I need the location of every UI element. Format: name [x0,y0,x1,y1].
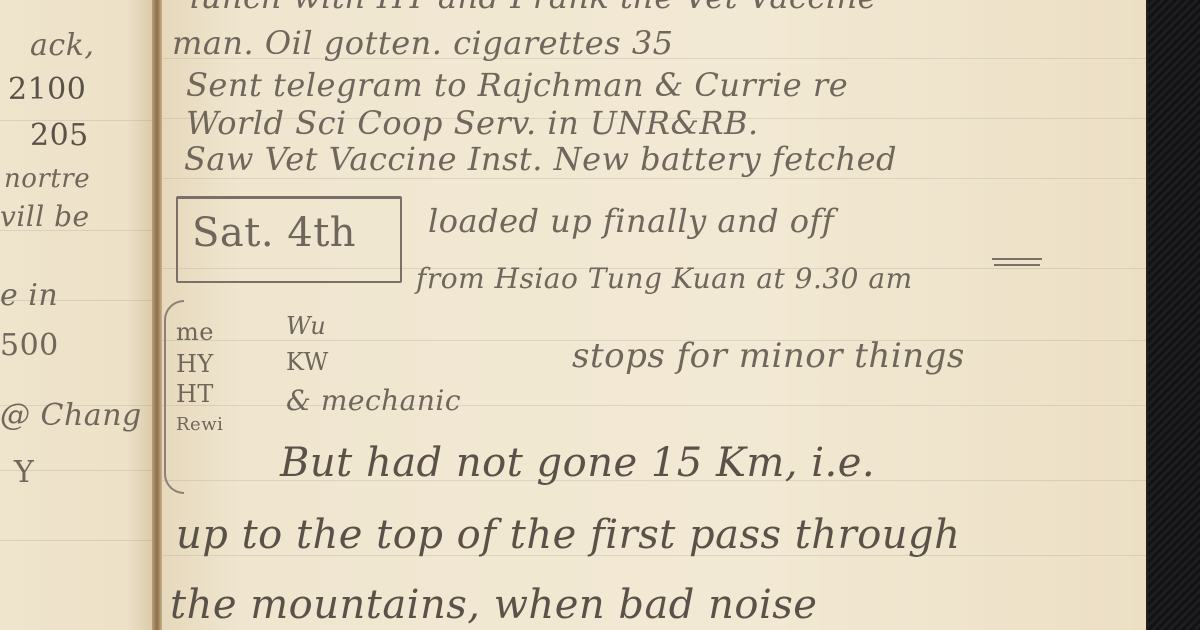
partial-top-line: lunch with HT and Frank the Vet Vaccine [190,0,877,16]
left-page: ack, 2100 205 nortre vill be e in 500 @ … [0,0,158,630]
diary-line: Saw Vet Vaccine Inst. New battery fetche… [184,140,897,178]
page-gutter [152,0,162,630]
left-line: nortre [4,164,90,194]
entry-date: Sat. 4th [192,210,356,256]
passenger: HY [176,350,214,378]
right-page: lunch with HT and Frank the Vet Vaccine … [162,0,1148,630]
left-line: ack, [30,28,94,63]
diary-line: Sent telegram to Rajchman & Currie re [186,66,848,104]
left-line: vill be [0,200,90,233]
left-line: e in [0,278,58,313]
body-line: But had not gone 15 Km, i.e. [280,440,875,486]
passenger: me [176,318,214,346]
passenger: Wu [286,312,326,340]
passenger: Rewi [176,414,223,435]
entry-line: loaded up finally and off [428,202,834,240]
passenger: HT [176,380,214,408]
left-line: 205 [30,118,89,153]
left-line: 2100 [8,72,86,107]
left-line: @ Chang [0,398,142,433]
left-line: 500 [0,328,59,363]
diary-line: man. Oil gotten. cigarettes 35 [172,24,674,62]
diary-line: World Sci Coop Serv. in UNR&RB. [186,104,759,142]
diary-note: stops for minor things [572,336,965,376]
body-line: the mountains, when bad noise [170,582,817,628]
entry-line: from Hsiao Tung Kuan at 9.30 am [416,262,913,295]
passenger: & mechanic [286,384,461,417]
left-line: Y [14,455,34,490]
passenger: KW [286,348,329,376]
book-cover [1148,0,1200,630]
body-line: up to the top of the first pass through [176,512,960,558]
